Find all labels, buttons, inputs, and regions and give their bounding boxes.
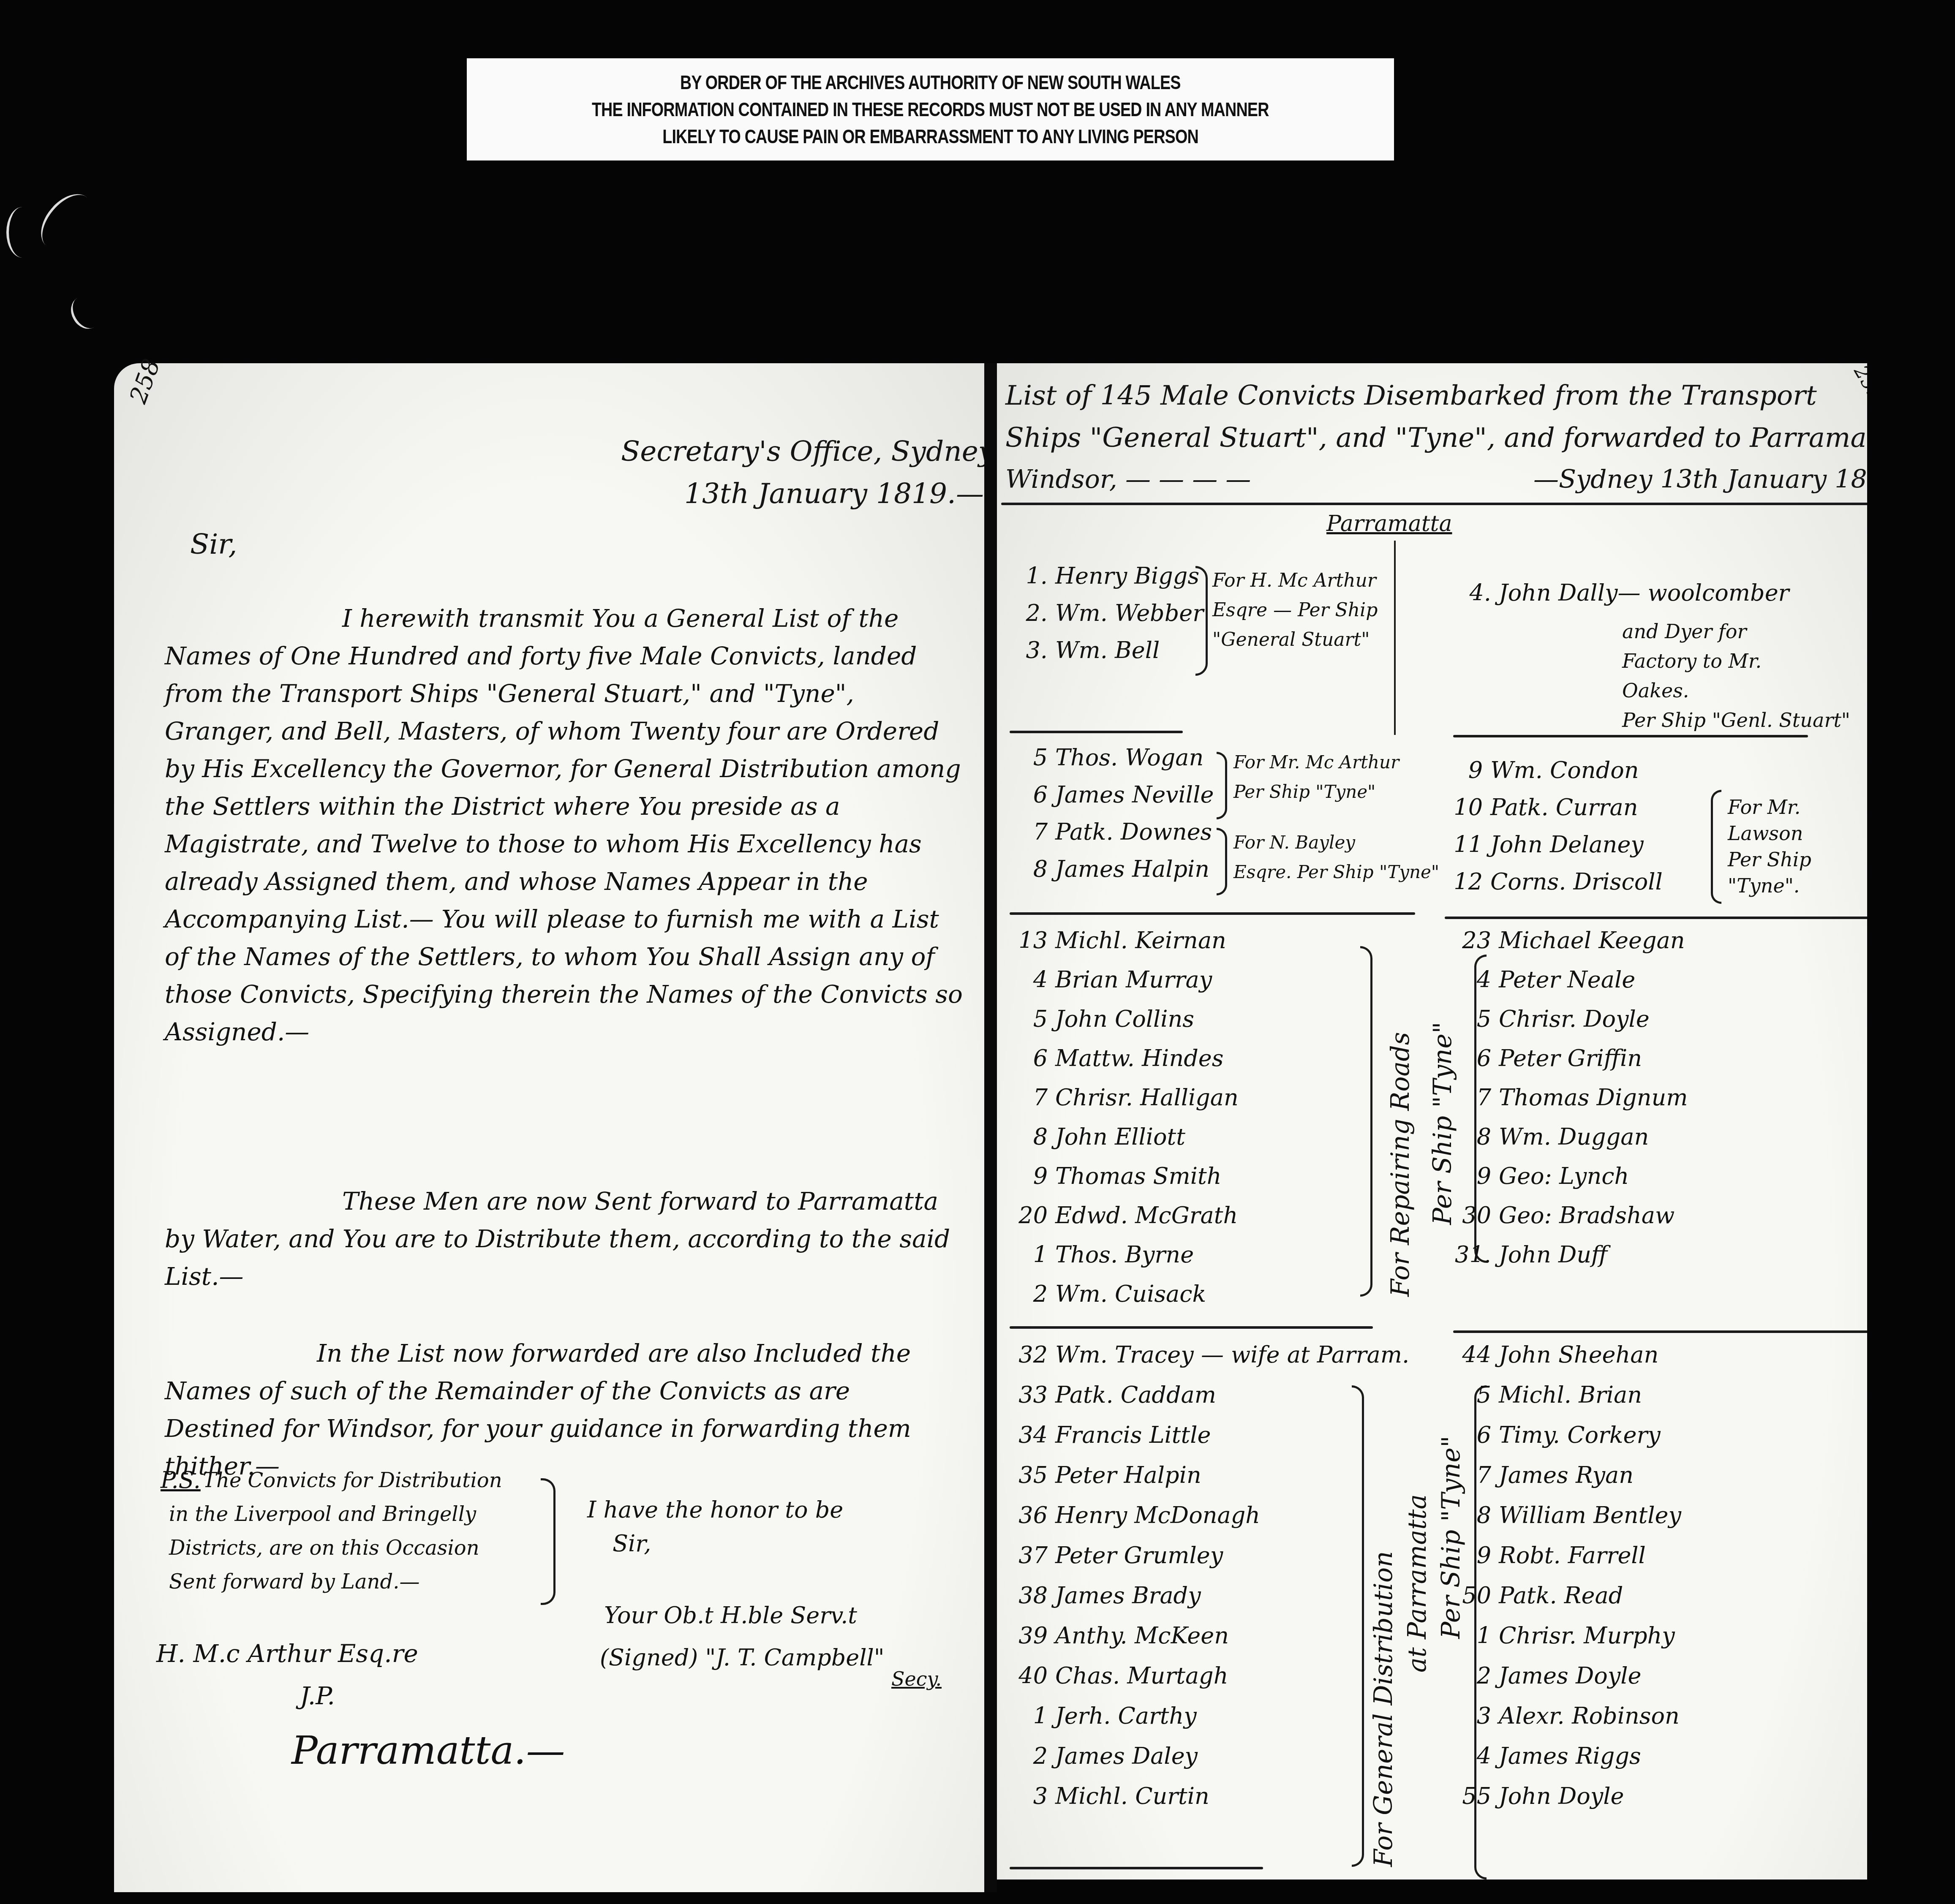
list-item: 2James Doyle bbox=[1453, 1656, 1681, 1696]
group-note: and Dyer forFactory to Mr.Oakes.Per Ship… bbox=[1622, 617, 1850, 735]
letter-salutation: Sir, bbox=[190, 528, 237, 560]
section-divider bbox=[1010, 731, 1183, 733]
list-item: 6Peter Griffin bbox=[1453, 1039, 1688, 1078]
addressee-name: H. M.c Arthur Esq.re bbox=[156, 1639, 418, 1668]
list-item: 35Peter Halpin bbox=[1010, 1455, 1409, 1495]
list-item: 8James Halpin bbox=[1010, 851, 1214, 888]
group-note-vertical: For General Distribution bbox=[1369, 1551, 1398, 1867]
convict-group-3: 5Thos. Wogan 6James Neville 7Patk. Downe… bbox=[1010, 739, 1214, 888]
postscript-brace bbox=[541, 1478, 555, 1605]
section-divider bbox=[1010, 1867, 1263, 1869]
list-item: 6James Neville bbox=[1010, 776, 1214, 813]
closing-line: Sir, bbox=[613, 1529, 651, 1559]
convict-group-roads-col-2: 23Michael Keegan 4Peter Neale 5Chrisr. D… bbox=[1453, 921, 1688, 1274]
list-item: 55John Doyle bbox=[1453, 1776, 1681, 1816]
convict-group-roads-col-1: 13Michl. Keirnan 4Brian Murray 5John Col… bbox=[1010, 921, 1239, 1314]
notice-line-3: LIKELY TO CAUSE PAIN OR EMBARRASSMENT TO… bbox=[662, 123, 1198, 150]
list-item: 20Edwd. McGrath bbox=[1010, 1196, 1239, 1235]
title-divider bbox=[1001, 503, 1880, 505]
list-item: 9Wm. Condon bbox=[1445, 752, 1663, 789]
book-gutter bbox=[984, 363, 997, 1892]
list-item: 12Corns. Driscoll bbox=[1445, 863, 1663, 900]
postscript-line: Sent forward by Land.— bbox=[169, 1567, 419, 1597]
letter-paragraph-2: These Men are now Sent forward to Parram… bbox=[165, 1183, 967, 1295]
list-item: 7Patk. Downes bbox=[1010, 813, 1214, 851]
convict-group-2: 4.John Dally— woolcomber bbox=[1453, 574, 1789, 612]
list-item: 5Thos. Wogan bbox=[1010, 739, 1214, 776]
list-item: 9Robt. Farrell bbox=[1453, 1535, 1681, 1575]
list-item: 11John Delaney bbox=[1445, 826, 1663, 863]
list-item: 4Peter Neale bbox=[1453, 960, 1688, 999]
list-item: 50Patk. Read bbox=[1453, 1575, 1681, 1616]
ledger-book: 258 Secretary's Office, Sydney 13th Janu… bbox=[114, 363, 1922, 1892]
postscript-label: P.S. bbox=[161, 1466, 201, 1495]
light-glint-decoration bbox=[6, 207, 38, 258]
list-item: 7Chrisr. Halligan bbox=[1010, 1078, 1239, 1117]
letter-paragraph-1: I herewith transmit You a General List o… bbox=[165, 600, 967, 1051]
list-title-line-1: List of 145 Male Convicts Disembarked fr… bbox=[1005, 380, 1817, 411]
list-item: 6Timy. Corkery bbox=[1453, 1415, 1681, 1455]
list-item: 8Wm. Duggan bbox=[1453, 1117, 1688, 1156]
closing-line: Your Ob.t H.ble Serv.t bbox=[604, 1601, 857, 1630]
list-item: 2James Daley bbox=[1010, 1736, 1409, 1776]
light-glint-decoration bbox=[31, 185, 103, 259]
convict-group-general-col-2: 44John Sheehan 5Michl. Brian 6Timy. Cork… bbox=[1453, 1335, 1681, 1816]
list-item: 6Mattw. Hindes bbox=[1010, 1039, 1239, 1078]
section-divider bbox=[1010, 912, 1415, 915]
list-item: 44John Sheehan bbox=[1453, 1335, 1681, 1375]
list-item: 4.John Dally— woolcomber bbox=[1453, 574, 1789, 612]
addressee-title: J.P. bbox=[300, 1681, 335, 1711]
group-note-vertical: at Parramatta bbox=[1402, 1494, 1432, 1673]
signature-title: Secy. bbox=[891, 1664, 942, 1694]
group-brace bbox=[1217, 828, 1227, 895]
right-page-convict-list: 259 List of 145 Male Convicts Disembarke… bbox=[997, 363, 1892, 1880]
column-divider bbox=[1394, 541, 1396, 735]
list-item: 3.Wm. Bell bbox=[1010, 632, 1203, 669]
list-item: 37Peter Grumley bbox=[1010, 1535, 1409, 1575]
list-item: 10Patk. Curran bbox=[1445, 789, 1663, 826]
convict-group-5: 9Wm. Condon 10Patk. Curran 11John Delane… bbox=[1445, 752, 1663, 900]
list-item: 5Michl. Brian bbox=[1453, 1375, 1681, 1415]
group-note: For H. Mc ArthurEsqre — Per Ship"General… bbox=[1212, 566, 1378, 655]
list-item: 36Henry McDonagh bbox=[1010, 1495, 1409, 1535]
list-item: 7Thomas Dignum bbox=[1453, 1078, 1688, 1117]
list-item: 23Michael Keegan bbox=[1453, 921, 1688, 960]
convict-group-1: 1.Henry Biggs 2.Wm. Webber 3.Wm. Bell bbox=[1010, 558, 1203, 669]
list-item: 31.John Duff bbox=[1453, 1235, 1688, 1274]
list-item: 4Brian Murray bbox=[1010, 960, 1239, 999]
list-item: 34Francis Little bbox=[1010, 1415, 1409, 1455]
notice-line-1: BY ORDER OF THE ARCHIVES AUTHORITY OF NE… bbox=[680, 69, 1181, 96]
list-item: 2Wm. Cuisack bbox=[1010, 1274, 1239, 1314]
list-item: 8William Bentley bbox=[1453, 1495, 1681, 1535]
list-item: 40Chas. Murtagh bbox=[1010, 1656, 1409, 1696]
section-divider bbox=[1453, 735, 1808, 737]
group-note: For Mr.LawsonPer Ship"Tyne". bbox=[1728, 794, 1811, 899]
group-note: For N. BayleyEsqre. Per Ship "Tyne" bbox=[1233, 828, 1439, 887]
list-item: 39Anthy. McKeen bbox=[1010, 1616, 1409, 1656]
addressee-place: Parramatta.— bbox=[291, 1736, 565, 1765]
group-brace bbox=[1195, 566, 1208, 676]
page-number-258: 258 bbox=[125, 355, 166, 407]
list-item: 4James Riggs bbox=[1453, 1736, 1681, 1776]
section-heading-parramatta: Parramatta bbox=[1326, 511, 1452, 536]
signature: (Signed) "J. T. Campbell" bbox=[600, 1643, 885, 1673]
list-item: 9Geo: Lynch bbox=[1453, 1156, 1688, 1196]
list-item: 5John Collins bbox=[1010, 999, 1239, 1039]
list-item: 30Geo: Bradshaw bbox=[1453, 1196, 1688, 1235]
left-page-letter: 258 Secretary's Office, Sydney 13th Janu… bbox=[114, 363, 988, 1892]
list-title-line-3: Windsor, — — — — bbox=[1005, 465, 1251, 494]
list-item: 38James Brady bbox=[1010, 1575, 1409, 1616]
postscript-line: in the Liverpool and Bringelly bbox=[169, 1499, 476, 1529]
list-item: 1Thos. Byrne bbox=[1010, 1235, 1239, 1274]
light-glint-decoration bbox=[65, 291, 106, 334]
archive-notice-label: BY ORDER OF THE ARCHIVES AUTHORITY OF NE… bbox=[467, 58, 1394, 160]
list-item: 2.Wm. Webber bbox=[1010, 595, 1203, 632]
book-edge-shadow bbox=[1867, 363, 1955, 1904]
list-item: 5Chrisr. Doyle bbox=[1453, 999, 1688, 1039]
list-item: 33Patk. Caddam bbox=[1010, 1375, 1409, 1415]
letter-heading-place: Secretary's Office, Sydney bbox=[621, 435, 994, 468]
list-item: 3Michl. Curtin bbox=[1010, 1776, 1409, 1816]
group-brace bbox=[1217, 752, 1227, 819]
letter-paragraph-3: In the List now forwarded are also Inclu… bbox=[165, 1335, 967, 1485]
section-divider bbox=[1010, 1326, 1373, 1329]
list-item: 13Michl. Keirnan bbox=[1010, 921, 1239, 960]
group-brace bbox=[1711, 790, 1721, 904]
list-item: 7James Ryan bbox=[1453, 1455, 1681, 1495]
group-note: For Mr. Mc ArthurPer Ship "Tyne" bbox=[1233, 748, 1399, 807]
group-note-vertical: For Repairing Roads bbox=[1386, 1032, 1415, 1297]
list-item: 9Thomas Smith bbox=[1010, 1156, 1239, 1196]
list-item: 8John Elliott bbox=[1010, 1117, 1239, 1156]
list-item: 1.Henry Biggs bbox=[1010, 558, 1203, 595]
convict-group-general-col-1: 32Wm. Tracey — wife at Parram. 33Patk. C… bbox=[1010, 1335, 1409, 1816]
list-item: 1Chrisr. Murphy bbox=[1453, 1616, 1681, 1656]
section-divider bbox=[1445, 917, 1876, 919]
group-brace bbox=[1360, 946, 1372, 1297]
group-brace bbox=[1352, 1385, 1364, 1867]
postscript-line: Districts, are on this Occasion bbox=[169, 1533, 479, 1563]
list-title-line-2: Ships "General Stuart", and "Tyne", and … bbox=[1005, 422, 1904, 454]
list-item: 32Wm. Tracey — wife at Parram. bbox=[1010, 1335, 1409, 1375]
notice-line-2: THE INFORMATION CONTAINED IN THESE RECOR… bbox=[592, 96, 1269, 123]
closing-line: I have the honor to be bbox=[587, 1495, 843, 1525]
letter-heading-date: 13th January 1819.— bbox=[684, 477, 984, 510]
list-item: 1Jerh. Carthy bbox=[1010, 1696, 1409, 1736]
postscript-line: The Convicts for Distribution bbox=[203, 1466, 502, 1495]
section-divider bbox=[1453, 1330, 1884, 1333]
list-item: 3Alexr. Robinson bbox=[1453, 1696, 1681, 1736]
